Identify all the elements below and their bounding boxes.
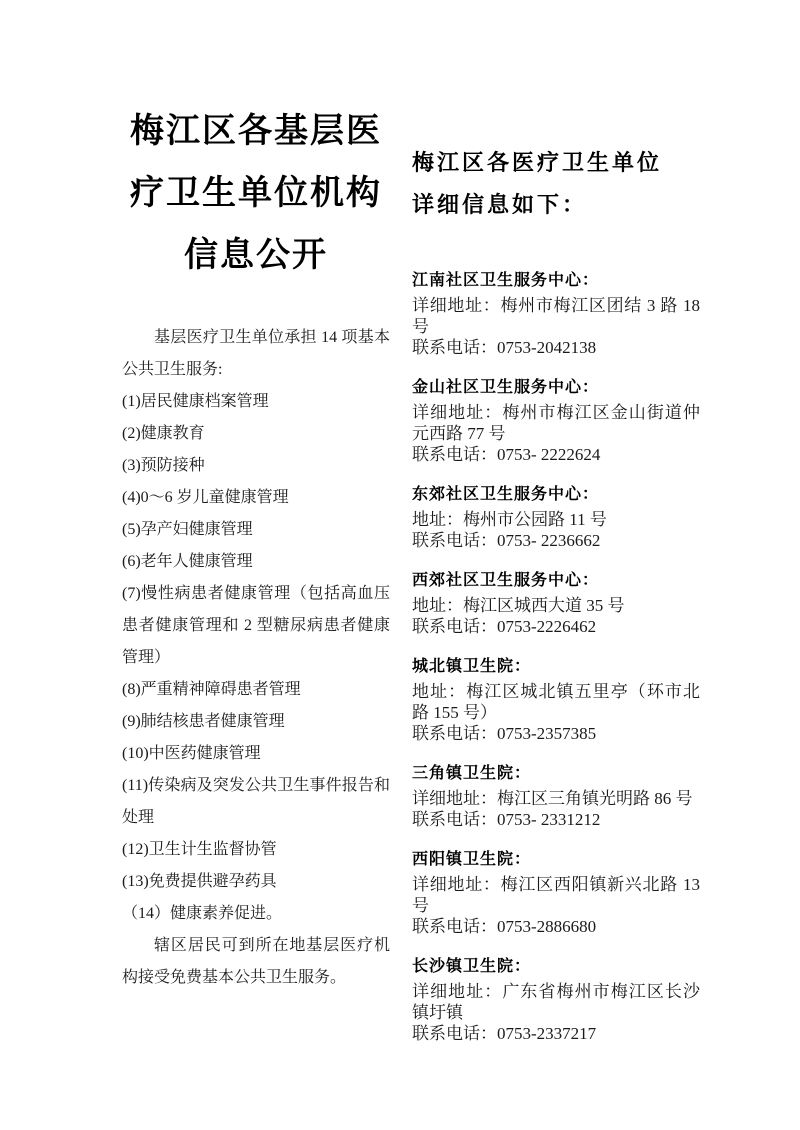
facility-address: 详细地址：广东省梅州市梅江区长沙镇圩镇	[412, 981, 700, 1023]
service-item: (2)健康教育	[122, 418, 390, 450]
facility-address: 详细地址：梅州市梅江区团结 3 路 18 号	[412, 295, 700, 337]
facility-phone: 联系电话：0753-2886680	[412, 916, 700, 937]
facility-phone: 联系电话：0753-2226462	[412, 616, 700, 637]
document-title-line: 梅江区各基层医	[122, 100, 390, 162]
service-item: (6)老年人健康管理	[122, 546, 390, 578]
document-title-line: 疗卫生单位机构	[122, 162, 390, 224]
facility-entry: 东郊社区卫生服务中心： 地址：梅州市公园路 11 号 联系电话：0753- 22…	[412, 484, 700, 551]
service-item: （14）健康素养促进。	[122, 898, 390, 930]
facility-name: 西郊社区卫生服务中心：	[412, 570, 700, 592]
document-title: 梅江区各基层医 疗卫生单位机构 信息公开	[122, 100, 390, 286]
facility-entry: 金山社区卫生服务中心： 详细地址：梅州市梅江区金山街道仲元西路 77 号 联系电…	[412, 377, 700, 465]
right-column: 梅江区各医疗卫生单位 详细信息如下： 江南社区卫生服务中心： 详细地址：梅州市梅…	[412, 142, 700, 1063]
service-item: (1)居民健康档案管理	[122, 386, 390, 418]
facility-phone: 联系电话：0753- 2236662	[412, 530, 700, 551]
left-column: 梅江区各基层医 疗卫生单位机构 信息公开 基层医疗卫生单位承担 14 项基本公共…	[122, 100, 390, 994]
service-item: (11)传染病及突发公共卫生事件报告和处理	[122, 770, 390, 834]
service-item: (4)0～6 岁儿童健康管理	[122, 482, 390, 514]
service-item: (13)免费提供避孕药具	[122, 866, 390, 898]
facility-entry: 江南社区卫生服务中心： 详细地址：梅州市梅江区团结 3 路 18 号 联系电话：…	[412, 270, 700, 358]
service-item: (7)慢性病患者健康管理（包括高血压患者健康管理和 2 型糖尿病患者健康管理）	[122, 578, 390, 674]
facility-name: 西阳镇卫生院：	[412, 849, 700, 871]
facility-name: 东郊社区卫生服务中心：	[412, 484, 700, 506]
facility-phone: 联系电话：0753-2042138	[412, 337, 700, 358]
section-title-line: 梅江区各医疗卫生单位	[412, 142, 700, 184]
facility-address: 地址：梅江区城北镇五里亭（环市北路 155 号）	[412, 681, 700, 723]
facility-phone: 联系电话：0753- 2222624	[412, 444, 700, 465]
facility-list: 江南社区卫生服务中心： 详细地址：梅州市梅江区团结 3 路 18 号 联系电话：…	[412, 270, 700, 1044]
facility-address: 详细地址：梅江区西阳镇新兴北路 13 号	[412, 874, 700, 916]
service-item: (10)中医药健康管理	[122, 738, 390, 770]
facility-entry: 三角镇卫生院： 详细地址：梅江区三角镇光明路 86 号 联系电话：0753- 2…	[412, 763, 700, 830]
service-item: (3)预防接种	[122, 450, 390, 482]
facility-name: 长沙镇卫生院：	[412, 956, 700, 978]
facility-address: 详细地址：梅州市梅江区金山街道仲元西路 77 号	[412, 402, 700, 444]
facility-address: 详细地址：梅江区三角镇光明路 86 号	[412, 788, 700, 809]
facility-phone: 联系电话：0753-2357385	[412, 723, 700, 744]
facility-entry: 西阳镇卫生院： 详细地址：梅江区西阳镇新兴北路 13 号 联系电话：0753-2…	[412, 849, 700, 937]
left-body-text: 基层医疗卫生单位承担 14 项基本公共卫生服务: (1)居民健康档案管理 (2)…	[122, 322, 390, 994]
closing-paragraph: 辖区居民可到所在地基层医疗机构接受免费基本公共卫生服务。	[122, 930, 390, 994]
facility-name: 金山社区卫生服务中心：	[412, 377, 700, 399]
service-item: (9)肺结核患者健康管理	[122, 706, 390, 738]
services-list: (1)居民健康档案管理 (2)健康教育 (3)预防接种 (4)0～6 岁儿童健康…	[122, 386, 390, 930]
facility-entry: 城北镇卫生院： 地址：梅江区城北镇五里亭（环市北路 155 号） 联系电话：07…	[412, 656, 700, 744]
facility-name: 江南社区卫生服务中心：	[412, 270, 700, 292]
facility-phone: 联系电话：0753-2337217	[412, 1023, 700, 1044]
facility-address: 地址：梅江区城西大道 35 号	[412, 595, 700, 616]
intro-paragraph: 基层医疗卫生单位承担 14 项基本公共卫生服务:	[122, 322, 390, 386]
facility-address: 地址：梅州市公园路 11 号	[412, 509, 700, 530]
service-item: (12)卫生计生监督协管	[122, 834, 390, 866]
facility-name: 三角镇卫生院：	[412, 763, 700, 785]
facility-name: 城北镇卫生院：	[412, 656, 700, 678]
service-item: (5)孕产妇健康管理	[122, 514, 390, 546]
facility-phone: 联系电话：0753- 2331212	[412, 809, 700, 830]
facility-entry: 西郊社区卫生服务中心： 地址：梅江区城西大道 35 号 联系电话：0753-22…	[412, 570, 700, 637]
section-title: 梅江区各医疗卫生单位 详细信息如下：	[412, 142, 700, 226]
document-page: 梅江区各基层医 疗卫生单位机构 信息公开 基层医疗卫生单位承担 14 项基本公共…	[0, 0, 800, 1130]
section-title-line: 详细信息如下：	[412, 184, 700, 226]
document-title-line: 信息公开	[122, 224, 390, 286]
facility-entry: 长沙镇卫生院： 详细地址：广东省梅州市梅江区长沙镇圩镇 联系电话：0753-23…	[412, 956, 700, 1044]
service-item: (8)严重精神障碍患者管理	[122, 674, 390, 706]
